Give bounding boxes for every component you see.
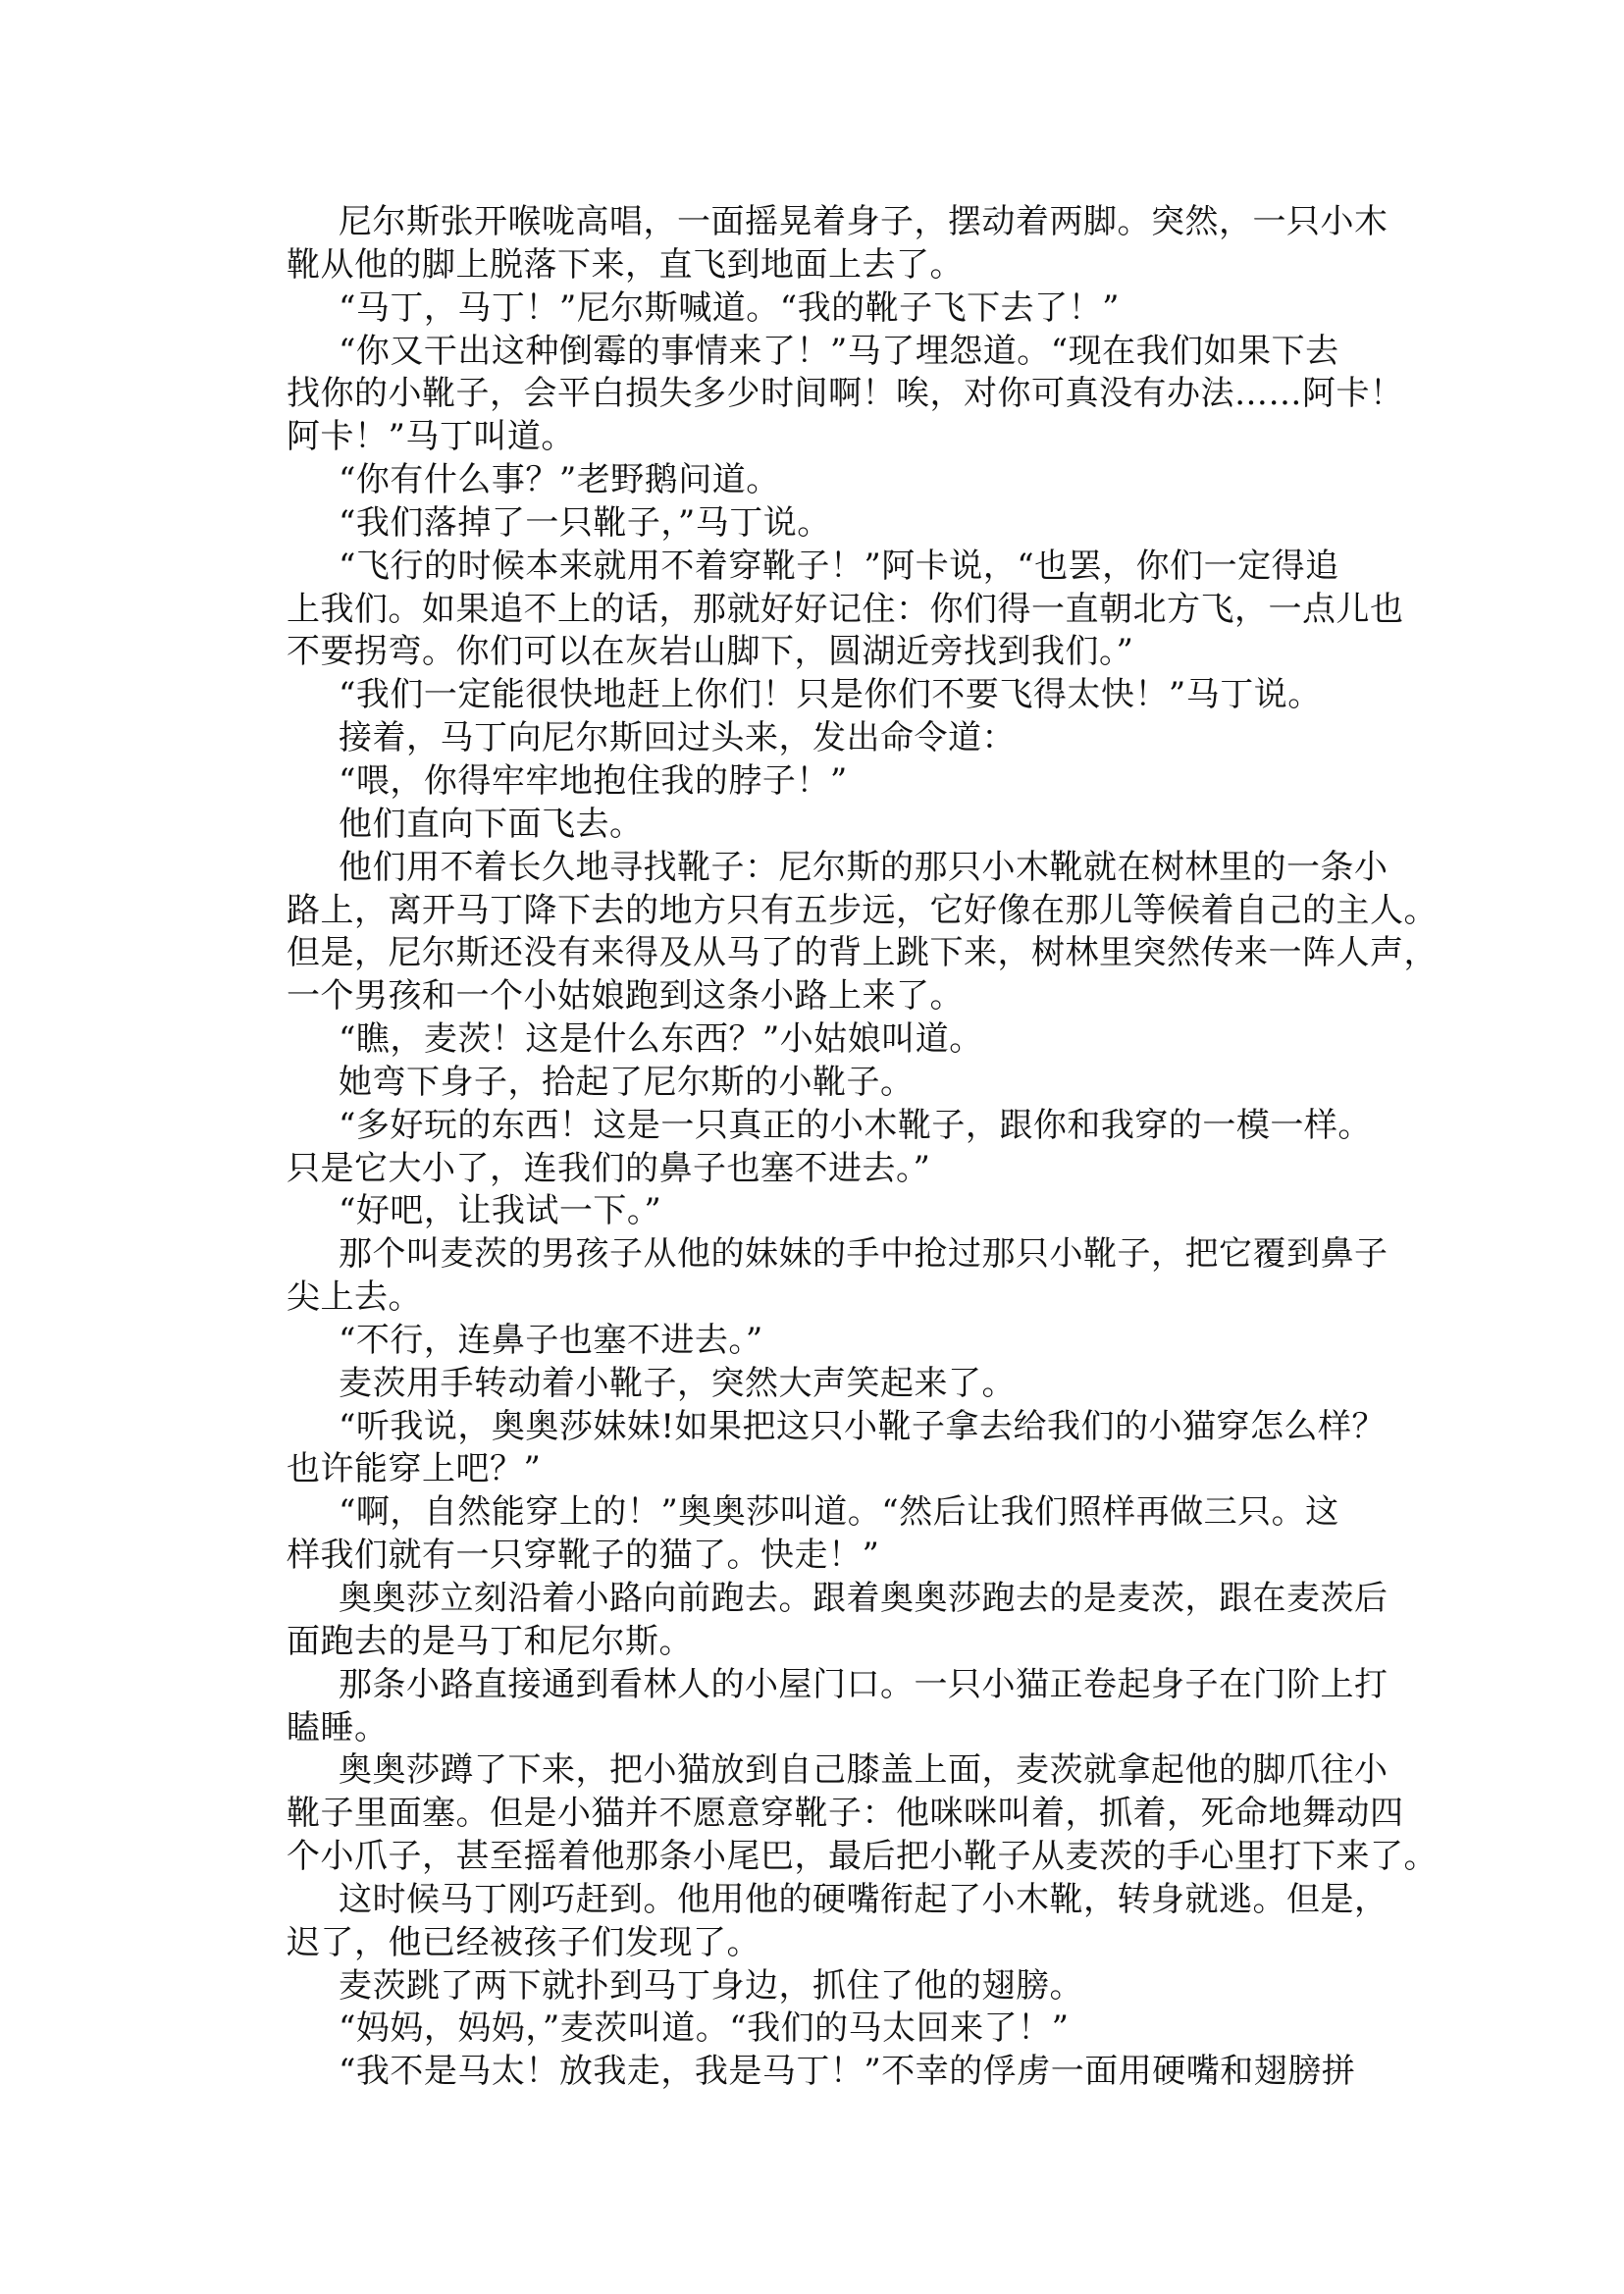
paragraph-first-line: “我们落掉了一只靴子，”马丁说。 [287,502,1361,546]
paragraph-continuation-line: 尖上去。 [287,1277,1361,1320]
paragraph-first-line: 那条小路直接通到看林人的小屋门口。一只小猫正卷起身子在门阶上打 [287,1664,1361,1707]
paragraph-first-line: 奥奥莎立刻沿着小路向前跑去。跟着奥奥莎跑去的是麦茨，跟在麦茨后 [287,1578,1361,1621]
paragraph-first-line: “马丁，马丁！”尼尔斯喊道。“我的靴子飞下去了！” [287,287,1361,331]
paragraph-first-line: 麦茨跳了两下就扑到马丁身边，抓住了他的翅膀。 [287,1965,1361,2008]
paragraph-first-line: 那个叫麦茨的男孩子从他的妹妹的手中抢过那只小靴子，把它覆到鼻子 [287,1233,1361,1277]
paragraph-first-line: “不行，连鼻子也塞不进去。” [287,1320,1361,1363]
paragraph-continuation-line: 不要拐弯。你们可以在灰岩山脚下，圆湖近旁找到我们。” [287,631,1361,674]
paragraph-continuation-line: 样我们就有一只穿靴子的猫了。快走！” [287,1535,1361,1578]
paragraph-continuation-line: 面跑去的是马丁和尼尔斯。 [287,1621,1361,1664]
paragraph-continuation-line: 靴子里面塞。但是小猫并不愿意穿靴子：他咪咪叫着，抓着，死命地舞动四 [287,1793,1361,1836]
paragraph-continuation-line: 找你的小靴子，会平白损失多少时间啊！唉，对你可真没有办法……阿卡！ [287,373,1361,416]
paragraph-first-line: 奥奥莎蹲了下来，把小猫放到自己膝盖上面，麦茨就拿起他的脚爪往小 [287,1749,1361,1793]
paragraph-continuation-line: 路上，离开马丁降下去的地方只有五步远，它好像在那儿等候着自己的主人。 [287,890,1361,933]
paragraph-first-line: 这时候马丁刚巧赶到。他用他的硬嘴衔起了小木靴，转身就逃。但是， [287,1879,1361,1922]
paragraph-first-line: 她弯下身子，拾起了尼尔斯的小靴子。 [287,1062,1361,1105]
paragraph-first-line: 他们用不着长久地寻找靴子：尼尔斯的那只小木靴就在树林里的一条小 [287,847,1361,890]
paragraph-first-line: “我不是马太！放我走，我是马丁！”不幸的俘虏一面用硬嘴和翅膀拼 [287,2051,1361,2094]
document-page: 尼尔斯张开喉咙高唱，一面摇晃着身子，摆动着两脚。突然，一只小木靴从他的脚上脱落下… [0,0,1624,2294]
paragraph-first-line: “啊，自然能穿上的！”奥奥莎叫道。“然后让我们照样再做三只。这 [287,1491,1361,1535]
paragraph-first-line: “你又干出这种倒霉的事情来了！”马了埋怨道。“现在我们如果下去 [287,331,1361,374]
story-text-block: 尼尔斯张开喉咙高唱，一面摇晃着身子，摆动着两脚。突然，一只小木靴从他的脚上脱落下… [287,201,1361,2094]
paragraph-continuation-line: 上我们。如果追不上的话，那就好好记住：你们得一直朝北方飞，一点儿也 [287,589,1361,632]
paragraph-continuation-line: 也许能穿上吧？” [287,1448,1361,1491]
paragraph-first-line: 尼尔斯张开喉咙高唱，一面摇晃着身子，摆动着两脚。突然，一只小木 [287,201,1361,244]
paragraph-first-line: “我们一定能很快地赶上你们！只是你们不要飞得太快！”马丁说。 [287,674,1361,717]
paragraph-continuation-line: 个小爪子，甚至摇着他那条小尾巴，最后把小靴子从麦茨的手心里打下来了。 [287,1836,1361,1879]
paragraph-first-line: 麦茨用手转动着小靴子，突然大声笑起来了。 [287,1363,1361,1406]
paragraph-continuation-line: 靴从他的脚上脱落下来，直飞到地面上去了。 [287,244,1361,287]
paragraph-first-line: “瞧，麦茨！这是什么东西？”小姑娘叫道。 [287,1018,1361,1062]
paragraph-first-line: “妈妈，妈妈，”麦茨叫道。“我们的马太回来了！” [287,2007,1361,2051]
paragraph-first-line: 他们直向下面飞去。 [287,804,1361,847]
paragraph-first-line: “听我说，奥奥莎妹妹!如果把这只小靴子拿去给我们的小猫穿怎么样？ [287,1406,1361,1449]
paragraph-first-line: “飞行的时候本来就用不着穿靴子！”阿卡说，“也罢，你们一定得追 [287,546,1361,589]
paragraph-first-line: “喂，你得牢牢地抱住我的脖子！” [287,760,1361,804]
paragraph-first-line: “多好玩的东西！这是一只真正的小木靴子，跟你和我穿的一模一样。 [287,1105,1361,1148]
paragraph-continuation-line: 只是它大小了，连我们的鼻子也塞不进去。” [287,1148,1361,1191]
paragraph-first-line: “好吧，让我试一下。” [287,1190,1361,1233]
paragraph-first-line: 接着，马丁向尼尔斯回过头来，发出命令道： [287,717,1361,760]
paragraph-continuation-line: 阿卡！”马丁叫道。 [287,416,1361,459]
paragraph-continuation-line: 迟了，他已经被孩子们发现了。 [287,1922,1361,1965]
paragraph-continuation-line: 一个男孩和一个小姑娘跑到这条小路上来了。 [287,975,1361,1018]
paragraph-continuation-line: 瞌睡。 [287,1707,1361,1750]
paragraph-continuation-line: 但是，尼尔斯还没有来得及从马了的背上跳下来，树林里突然传来一阵人声， [287,932,1361,975]
paragraph-first-line: “你有什么事？”老野鹅问道。 [287,459,1361,502]
